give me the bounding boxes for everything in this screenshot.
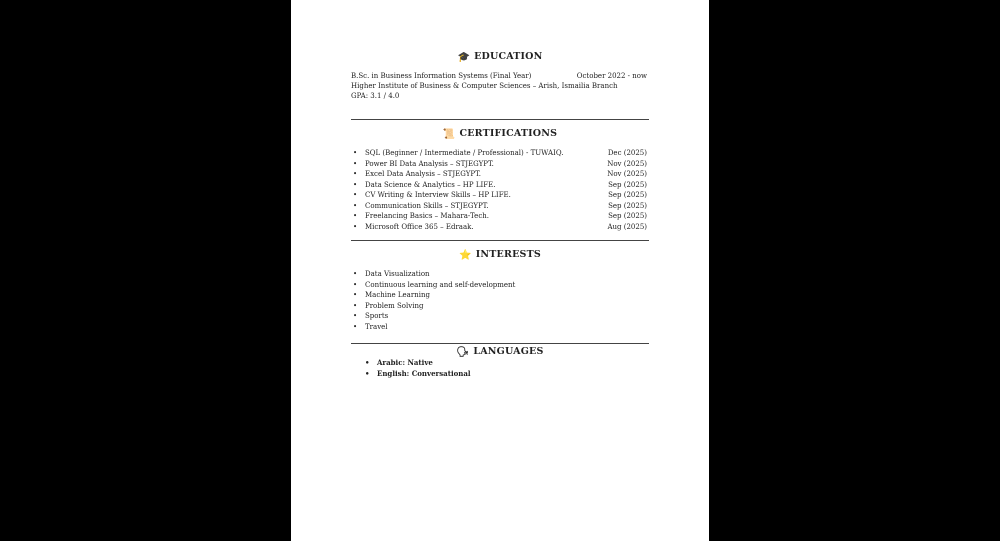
- bullet: •: [353, 148, 357, 158]
- certifications-title: CERTIFICATIONS: [459, 128, 557, 139]
- divider: [351, 343, 649, 344]
- language-name: Arabic: Native: [377, 358, 433, 368]
- interest-name: Data Visualization: [365, 269, 430, 279]
- certification-date: Sep (2025): [608, 190, 647, 200]
- certification-date: Sep (2025): [608, 180, 647, 190]
- certifications-heading: 📜CERTIFICATIONS: [351, 128, 649, 140]
- bullet: •: [353, 211, 357, 221]
- bullet: •: [353, 180, 357, 190]
- certification-name: Microsoft Office 365 – Edraak.: [365, 222, 474, 232]
- certification-date: Dec (2025): [608, 148, 647, 158]
- education-gpa: GPA: 3.1 / 4.0: [351, 91, 649, 101]
- education-dates: October 2022 - now: [577, 71, 647, 81]
- bullet: •: [365, 358, 369, 368]
- bullet: •: [353, 169, 357, 179]
- interest-name: Problem Solving: [365, 301, 423, 311]
- certification-name: Data Science & Analytics – HP LIFE.: [365, 180, 495, 190]
- certification-name: CV Writing & Interview Skills – HP LIFE.: [365, 190, 511, 200]
- certification-date: Sep (2025): [608, 211, 647, 221]
- interest-name: Sports: [365, 311, 388, 321]
- certification-name: Power BI Data Analysis – STJEGYPT.: [365, 159, 494, 169]
- divider: [351, 240, 649, 241]
- interest-name: Travel: [365, 322, 388, 332]
- education-degree: B.Sc. in Business Information Systems (F…: [351, 72, 531, 80]
- education-title: EDUCATION: [474, 51, 542, 62]
- interests-title: INTERESTS: [476, 249, 541, 260]
- interests-heading: ⭐INTERESTS: [351, 249, 649, 261]
- certification-name: Communication Skills – STJEGYPT.: [365, 201, 489, 211]
- bullet: •: [353, 301, 357, 311]
- scroll-icon: 📜: [443, 129, 456, 140]
- languages-title: LANGUAGES: [473, 346, 543, 357]
- certification-date: Nov (2025): [607, 159, 647, 169]
- graduation-cap-icon: 🎓: [457, 52, 470, 63]
- divider: [351, 119, 649, 120]
- bullet: •: [353, 201, 357, 211]
- bullet: •: [353, 269, 357, 279]
- speaking-head-icon: 🗣: [456, 347, 469, 358]
- interest-name: Continuous learning and self-development: [365, 280, 515, 290]
- certification-name: SQL (Beginner / Intermediate / Professio…: [365, 148, 563, 158]
- certification-name: Excel Data Analysis – STJEGYPT.: [365, 169, 481, 179]
- certification-date: Aug (2025): [607, 222, 647, 232]
- interest-name: Machine Learning: [365, 290, 430, 300]
- bullet: •: [353, 190, 357, 200]
- certification-date: Sep (2025): [608, 201, 647, 211]
- language-name: English: Conversational: [377, 369, 471, 379]
- education-degree-row: B.Sc. in Business Information Systems (F…: [351, 71, 649, 81]
- star-icon: ⭐: [459, 250, 472, 261]
- bullet: •: [353, 280, 357, 290]
- certification-name: Freelancing Basics – Mahara-Tech.: [365, 211, 489, 221]
- languages-heading: 🗣LANGUAGES: [351, 346, 649, 358]
- bullet: •: [353, 311, 357, 321]
- certification-date: Nov (2025): [607, 169, 647, 179]
- education-heading: 🎓EDUCATION: [351, 51, 649, 63]
- bullet: •: [353, 322, 357, 332]
- bullet: •: [353, 290, 357, 300]
- document-page: 🎓EDUCATION B.Sc. in Business Information…: [291, 0, 709, 541]
- bullet: •: [365, 369, 369, 379]
- bullet: •: [353, 159, 357, 169]
- bullet: •: [353, 222, 357, 232]
- education-institute: Higher Institute of Business & Computer …: [351, 81, 649, 91]
